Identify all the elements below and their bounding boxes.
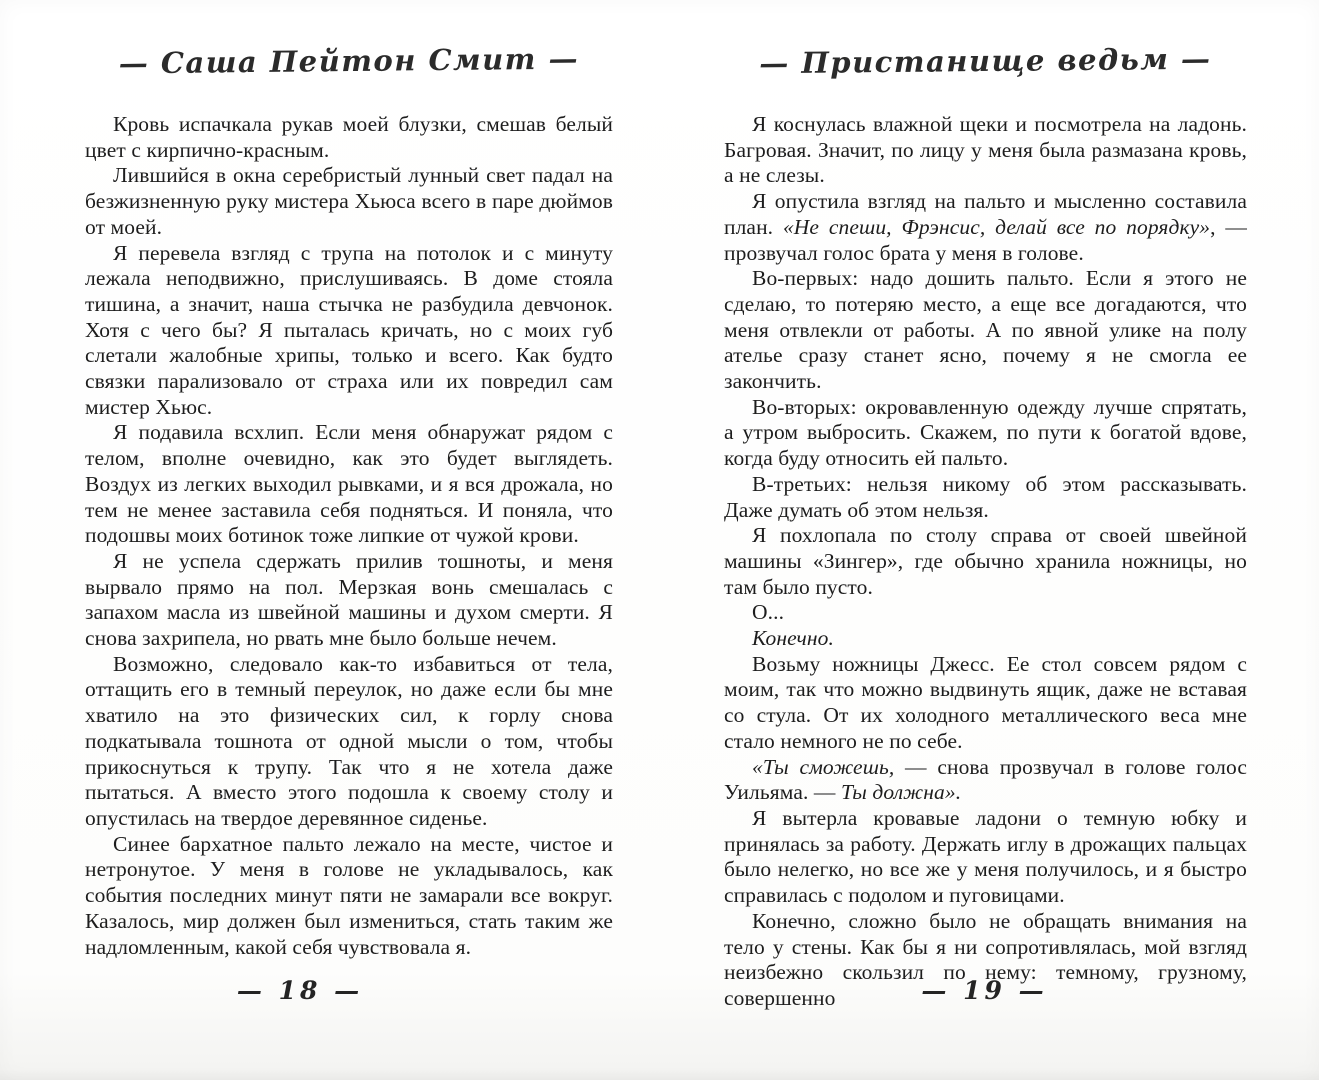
italic-text-run: Конечно. [752,626,834,650]
paragraph: Я не успела сдержать прилив тошноты, и м… [85,549,613,652]
left-running-head-author: — Саша Пейтон Смит — [85,41,614,105]
book-spread: — Саша Пейтон Смит — Кровь испачкала рук… [0,0,1319,1080]
text-run: О... [752,600,784,624]
text-run: Возможно, следовало как-то избавиться от… [85,652,613,830]
text-run: Синее бархатное пальто лежало на месте, … [85,832,613,959]
right-running-head-book-title: — Пристанище ведьм — [724,41,1248,104]
right-page-number: — 19 — [655,976,1314,1005]
text-run: Я вытерла кровавые ладони о темную юбку … [724,806,1247,907]
paragraph: Я перевела взгляд с трупа на потолок и с… [85,241,613,421]
paragraph: Лившийся в окна серебристый лунный свет … [85,163,613,240]
right-page-body-text: Я коснулась влажной щеки и посмотрела на… [724,112,1247,1012]
left-page-body-text: Кровь испачкала рукав моей блузки, смеша… [85,112,613,960]
text-run: Во-первых: надо дошить пальто. Если я эт… [724,266,1247,393]
text-run: Возьму ножницы Джесс. Ее стол совсем ряд… [724,652,1247,753]
paragraph: Возможно, следовало как-то избавиться от… [85,652,613,832]
paragraph: Я похлопала по столу справа от своей шве… [724,523,1247,600]
paragraph: Конечно. [724,626,1247,652]
paragraph: Кровь испачкала рукав моей блузки, смеша… [85,112,613,163]
italic-text-run: Ты должна». [841,780,961,804]
right-page-content: — Пристанище ведьм — Я коснулась влажной… [724,44,1247,1012]
paragraph: Синее бархатное пальто лежало на месте, … [85,832,613,961]
paragraph: В-третьих: нельзя никому об этом рассказ… [724,472,1247,523]
paragraph: «Ты сможешь, — снова прозвучал в голове … [724,755,1247,806]
left-page-content: — Саша Пейтон Смит — Кровь испачкала рук… [85,44,613,960]
text-run: Кровь испачкала рукав моей блузки, смеша… [85,112,613,162]
italic-text-run: «Ты сможешь, [752,755,894,779]
paragraph: Я коснулась влажной щеки и посмотрела на… [724,112,1247,189]
italic-text-run: «Не спеши, Фрэнсис, делай все по порядку… [783,215,1210,239]
right-page: — Пристанище ведьм — Я коснулась влажной… [660,0,1319,1080]
text-run: Во-вторых: окровавленную одежду лучше сп… [724,395,1247,470]
left-page: — Саша Пейтон Смит — Кровь испачкала рук… [0,0,660,1080]
paragraph: Возьму ножницы Джесс. Ее стол совсем ряд… [724,652,1247,755]
text-run: Я похлопала по столу справа от своей шве… [724,523,1247,598]
text-run: Я не успела сдержать прилив тошноты, и м… [85,549,613,650]
paragraph: Я вытерла кровавые ладони о темную юбку … [724,806,1247,909]
text-run: Я коснулась влажной щеки и посмотрела на… [724,112,1247,187]
text-run: Я подавила всхлип. Если меня обнаружат р… [85,420,613,547]
paragraph: Во-вторых: окровавленную одежду лучше сп… [724,395,1247,472]
paragraph: Я подавила всхлип. Если меня обнаружат р… [85,420,613,549]
text-run: Я перевела взгляд с трупа на потолок и с… [85,241,613,419]
paragraph: Я опустила взгляд на пальто и мысленно с… [724,189,1247,266]
text-run: В-третьих: нельзя никому об этом рассказ… [724,472,1247,522]
left-page-number: — 18 — [0,976,630,1005]
paragraph: Во-первых: надо дошить пальто. Если я эт… [724,266,1247,395]
text-run: Лившийся в окна серебристый лунный свет … [85,163,613,238]
paragraph: О... [724,600,1247,626]
